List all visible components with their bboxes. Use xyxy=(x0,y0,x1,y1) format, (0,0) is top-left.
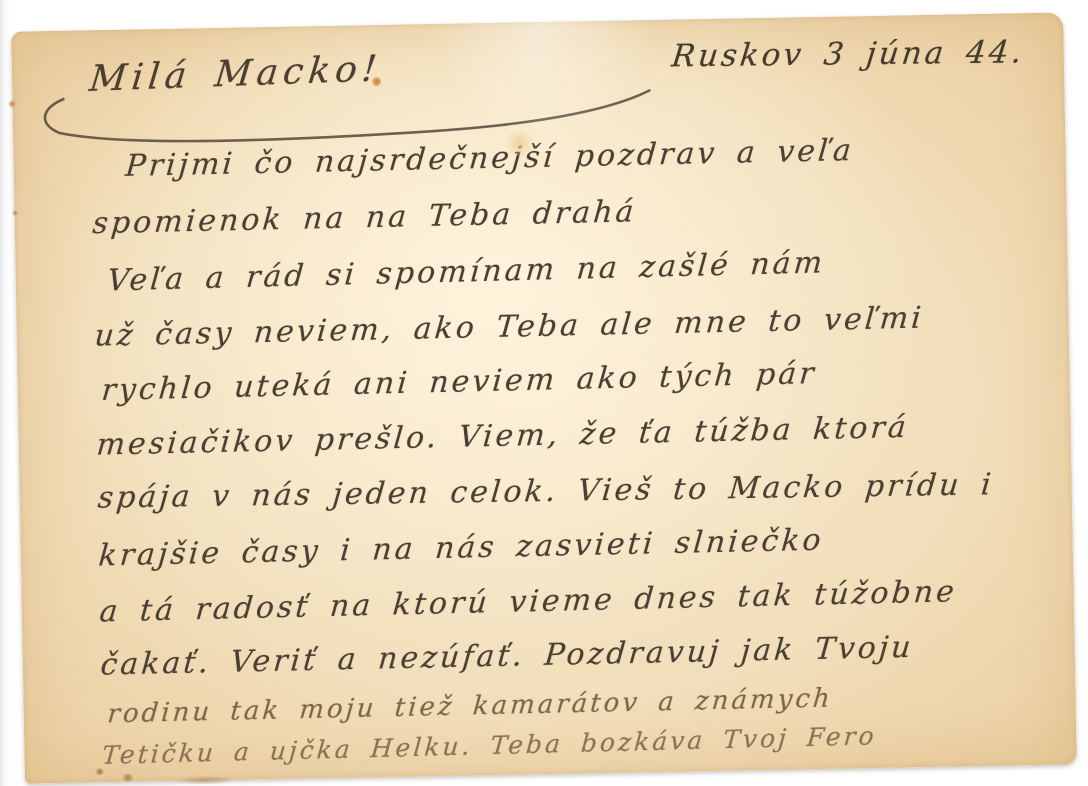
dateline: Ruskov 3 júna 44. xyxy=(670,34,1026,74)
handwriting-line: Tetičku a ujčka Helku. Teba bozkáva Tvoj… xyxy=(101,721,878,770)
handwriting-line: a tá radosť na ktorú vieme dnes tak túžo… xyxy=(98,574,958,629)
handwriting-line: mesiačikov prešlo. Viem, že ťa túžba kto… xyxy=(95,410,910,463)
handwriting-line: spomienok na na Teba drahá xyxy=(91,194,638,241)
handwriting-line: rychlo uteká ani neviem ako tých pár xyxy=(100,356,818,408)
handwriting-line: už časy neviem, ako Teba ale mne to veľm… xyxy=(93,301,925,354)
handwriting-line: krajšie časy i na nás zasvieti slniečko xyxy=(97,523,825,574)
handwriting-line: spája v nás jeden celok. Vieš to Macko p… xyxy=(96,467,995,515)
handwriting-line: čakať. Veriť a nezúfať. Pozdravuj jak Tv… xyxy=(99,630,915,683)
handwriting-line: rodinu tak moju tiež kamarátov a známych xyxy=(106,683,834,729)
age-spot xyxy=(121,774,135,782)
handwriting-line: Veľa a rád si spomínam na zašlé nám xyxy=(106,245,826,298)
postcard: Milá Macko! Ruskov 3 júna 44. Prijmi čo … xyxy=(11,12,1077,783)
